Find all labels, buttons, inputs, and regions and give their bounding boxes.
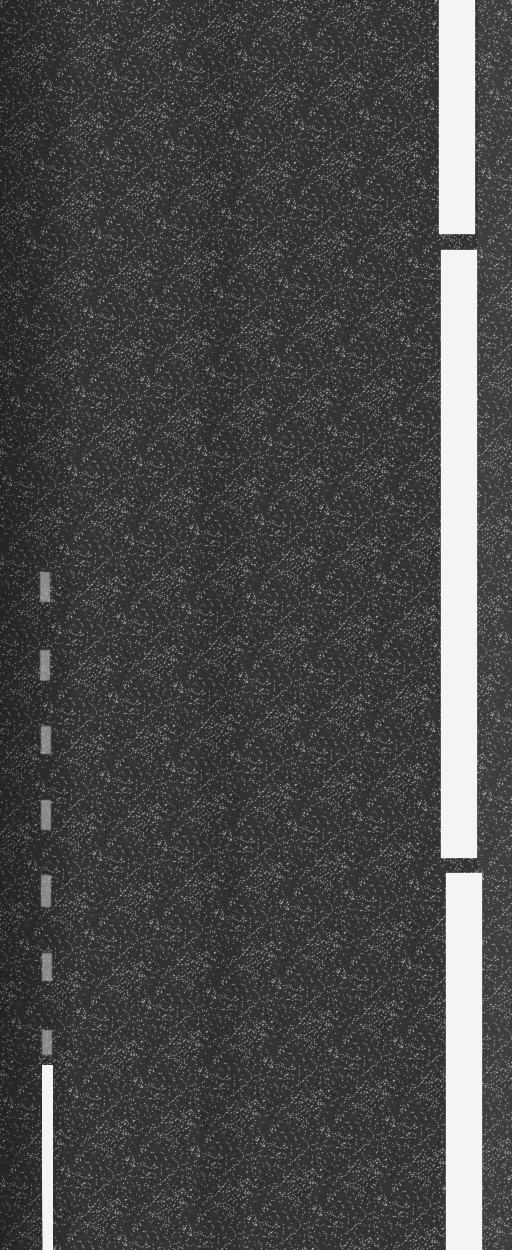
asphalt-texture [0, 0, 512, 1250]
right-edge-line-segment [441, 250, 477, 858]
left-lane-dash [41, 726, 51, 754]
wheel-track-shade [200, 0, 240, 1250]
right-edge-line-segment [439, 0, 475, 234]
left-shoulder-shade [0, 0, 70, 1250]
left-solid-line [42, 1065, 53, 1250]
left-lane-dash [42, 953, 52, 981]
right-shoulder [478, 0, 512, 1250]
left-lane-dash [40, 572, 50, 602]
road-surface-photo [0, 0, 512, 1250]
left-lane-dash [40, 650, 50, 680]
left-lane-dash [42, 1030, 52, 1055]
right-edge-line-segment [446, 873, 482, 1250]
left-lane-dash [41, 875, 51, 907]
left-lane-dash [41, 800, 51, 830]
